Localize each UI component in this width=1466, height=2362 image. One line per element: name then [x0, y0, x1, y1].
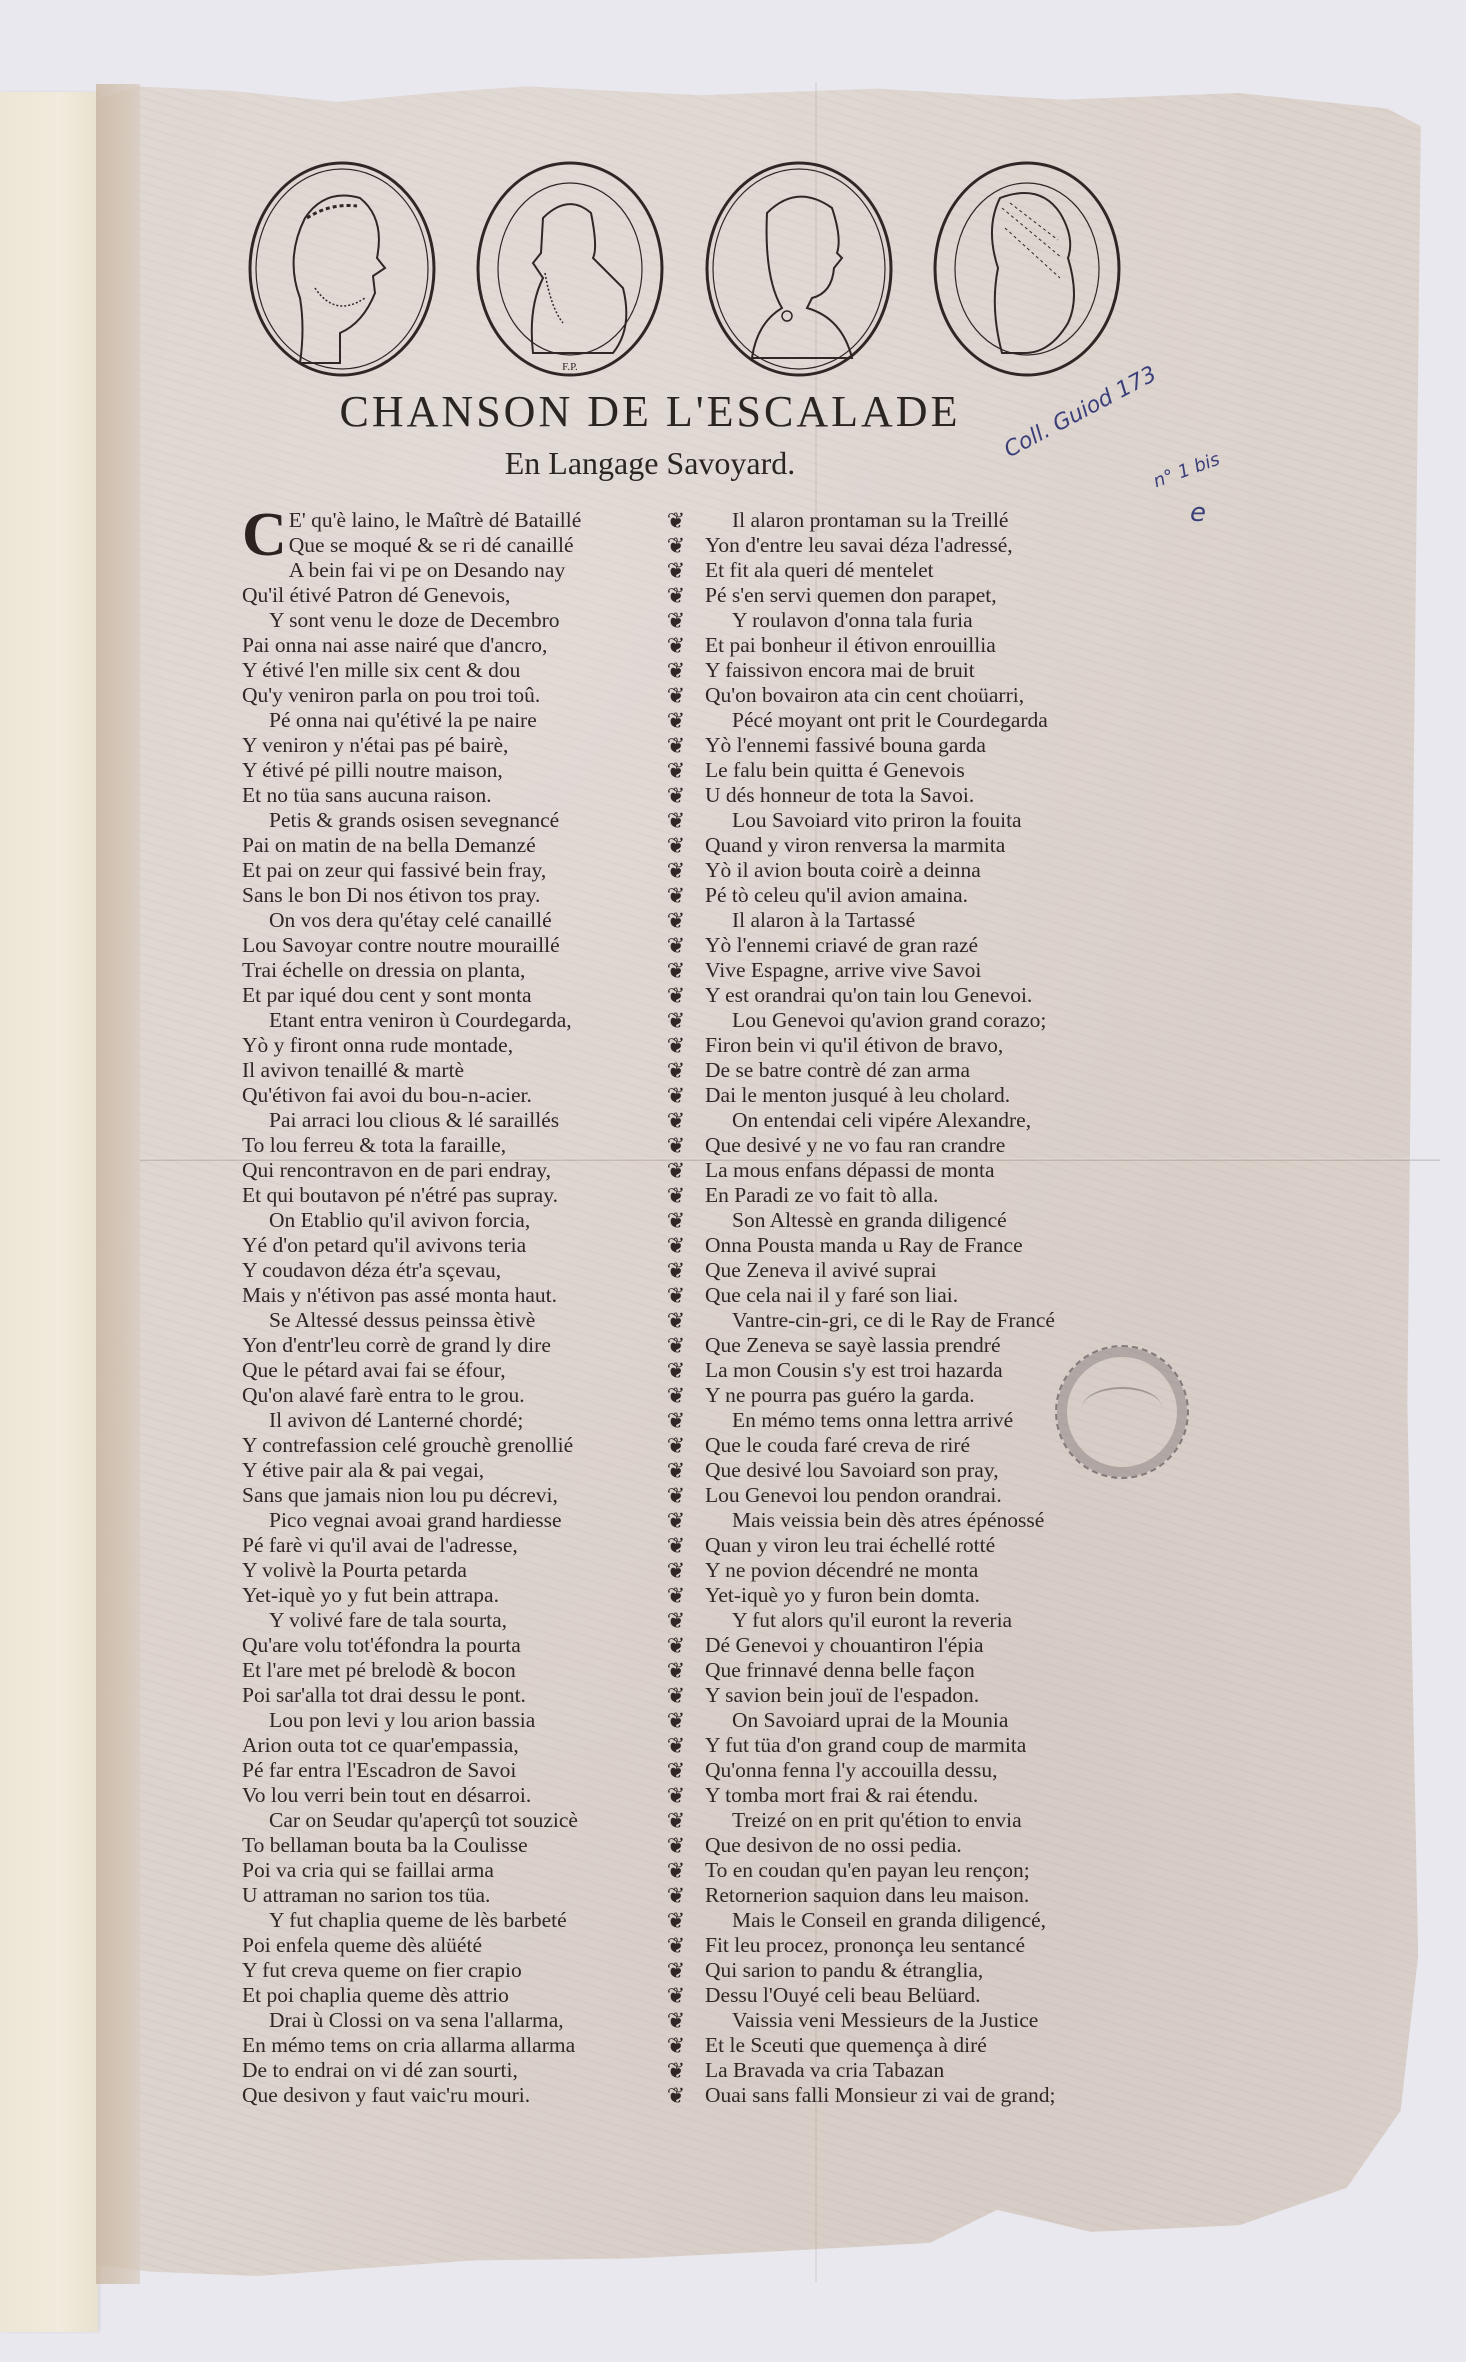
- verse-line: En Paradi ze vo fait tò alla.: [705, 1183, 1135, 1208]
- verse-line: Dessu l'Ouyé celi beau Belüard.: [705, 1983, 1135, 2008]
- verse-line: Pé far entra l'Escadron de Savoi: [242, 1758, 662, 1783]
- fleuron-icon: ❦: [667, 1760, 685, 1782]
- fleuron-icon: ❦: [667, 1785, 685, 1807]
- verse-line: Que desivé y ne vo fau ran crandre: [705, 1133, 1135, 1158]
- fleuron-icon: ❦: [667, 835, 685, 857]
- fleuron-icon: ❦: [667, 1860, 685, 1882]
- verse-line: Yon d'entr'leu corrè de grand ly dire: [242, 1333, 662, 1358]
- verse-line: Lou Savoiard vito priron la fouita: [705, 808, 1135, 833]
- verse-line: Et pai bonheur il étivon enrouillia: [705, 633, 1135, 658]
- ornament-divider: ❦❦❦❦❦❦❦❦❦❦❦❦❦❦❦❦❦❦❦❦❦❦❦❦❦❦❦❦❦❦❦❦❦❦❦❦❦❦❦❦…: [660, 510, 692, 2100]
- verse-line: Se Altessé dessus peinssa ètivè: [242, 1308, 662, 1333]
- fleuron-icon: ❦: [667, 1735, 685, 1757]
- verse-line: Etant entra veniron ù Courdegarda,: [242, 1008, 662, 1033]
- fleuron-icon: ❦: [667, 1260, 685, 1282]
- fleuron-icon: ❦: [667, 1560, 685, 1582]
- fleuron-icon: ❦: [667, 1585, 685, 1607]
- verse-line: Il avivon dé Lanterné chordé;: [242, 1408, 662, 1433]
- fleuron-icon: ❦: [667, 1510, 685, 1532]
- fleuron-icon: ❦: [667, 785, 685, 807]
- verse-line: Le falu bein quitta é Genevois: [705, 758, 1135, 783]
- verse-line: Treizé on en prit qu'étion to envia: [705, 1808, 1135, 1833]
- verse-line: Son Altessè en granda diligencé: [705, 1208, 1135, 1233]
- medallion-young-man-icon: [702, 158, 897, 380]
- fleuron-icon: ❦: [667, 635, 685, 657]
- verse-line: Petis & grands osisen sevegnancé: [242, 808, 662, 833]
- fleuron-icon: ❦: [667, 960, 685, 982]
- library-stamp-icon: [1055, 1345, 1189, 1479]
- verse-line: On entendai celi vipére Alexandre,: [705, 1108, 1135, 1133]
- medallion-laureate-head-icon: [245, 158, 440, 380]
- verse-line: La Bravada va cria Tabazan: [705, 2058, 1135, 2083]
- fleuron-icon: ❦: [667, 1460, 685, 1482]
- fleuron-icon: ❦: [667, 760, 685, 782]
- verse-line: Lou Genevoi lou pendon orandrai.: [705, 1483, 1135, 1508]
- verse-line: Y sont venu le doze de Decembro: [242, 608, 662, 633]
- verse-line: Yò l'ennemi criavé de gran razé: [705, 933, 1135, 958]
- verse-line: Et poi chaplia queme dès attrio: [242, 1983, 662, 2008]
- verse-line: Que frinnavé denna belle façon: [705, 1658, 1135, 1683]
- verse-line: Pécé moyant ont prit le Courdegarda: [705, 708, 1135, 733]
- verse-line: E' qu'è laino, le Maîtrè dé Bataillé: [242, 508, 662, 533]
- fleuron-icon: ❦: [667, 735, 685, 757]
- verse-line: Qu'onna fenna l'y accouilla dessu,: [705, 1758, 1135, 1783]
- verse-line: Ouai sans falli Monsieur zi vai de grand…: [705, 2083, 1135, 2108]
- verse-line: Pé farè vi qu'il avai de l'adresse,: [242, 1533, 662, 1558]
- verse-line: Yet-iquè yo y furon bein domta.: [705, 1583, 1135, 1608]
- verse-line: Il alaron prontaman su la Treillé: [705, 508, 1135, 533]
- verse-line: Yò y firont onna rude montade,: [242, 1033, 662, 1058]
- verse-line: Que desivon de no ossi pedia.: [705, 1833, 1135, 1858]
- fleuron-icon: ❦: [667, 1635, 685, 1657]
- fleuron-icon: ❦: [667, 1135, 685, 1157]
- fleuron-icon: ❦: [667, 1710, 685, 1732]
- verse-line: Qui rencontravon en de pari endray,: [242, 1158, 662, 1183]
- fleuron-icon: ❦: [667, 1010, 685, 1032]
- verse-line: Arion outa tot ce quar'empassia,: [242, 1733, 662, 1758]
- fleuron-icon: ❦: [667, 2060, 685, 2082]
- verse-line: On Etablio qu'il avivon forcia,: [242, 1208, 662, 1233]
- fleuron-icon: ❦: [667, 935, 685, 957]
- verse-line: Et fit ala queri dé mentelet: [705, 558, 1135, 583]
- fleuron-icon: ❦: [667, 1960, 685, 1982]
- verse-line: De to endrai on vi dé zan sourti,: [242, 2058, 662, 2083]
- fleuron-icon: ❦: [667, 1685, 685, 1707]
- verse-line: Qui sarion to pandu & étranglia,: [705, 1958, 1135, 1983]
- verse-line: Y faissivon encora mai de bruit: [705, 658, 1135, 683]
- verse-line: Sans le bon Di nos étivon tos pray.: [242, 883, 662, 908]
- verse-line: Pé tò celeu qu'il avion amaina.: [705, 883, 1135, 908]
- verse-line: Y ne povion décendré ne monta: [705, 1558, 1135, 1583]
- verse-line: On Savoiard uprai de la Mounia: [705, 1708, 1135, 1733]
- stamp-eagle-icon: [1082, 1387, 1162, 1429]
- verse-line: Et le Sceuti que quemença à diré: [705, 2033, 1135, 2058]
- verse-line: Y est orandrai qu'on tain lou Genevoi.: [705, 983, 1135, 1008]
- fleuron-icon: ❦: [667, 585, 685, 607]
- verse-line: Poi va cria qui se faillai arma: [242, 1858, 662, 1883]
- verse-line: Et no tüa sans aucuna raison.: [242, 783, 662, 808]
- verse-column-right: Il alaron prontaman su la TreilléYon d'e…: [705, 508, 1135, 2108]
- verse-line: Y contrefassion celé grouchè grenollié: [242, 1433, 662, 1458]
- verse-line: Onna Pousta manda u Ray de France: [705, 1233, 1135, 1258]
- verse-line: Que se moqué & se ri dé canaillé: [242, 533, 662, 558]
- verse-line: Dé Genevoi y chouantiron l'épia: [705, 1633, 1135, 1658]
- verse-line: Mais veissia bein dès atres épénossé: [705, 1508, 1135, 1533]
- verse-line: Car on Seudar qu'aperçû tot souzicè: [242, 1808, 662, 1833]
- fleuron-icon: ❦: [667, 1235, 685, 1257]
- verse-line: Que desivé lou Savoiard son pray,: [705, 1458, 1135, 1483]
- medallion-timoleon-icon: [930, 158, 1125, 380]
- fleuron-icon: ❦: [667, 560, 685, 582]
- fleuron-icon: ❦: [667, 1610, 685, 1632]
- fleuron-icon: ❦: [667, 2035, 685, 2057]
- fleuron-icon: ❦: [667, 610, 685, 632]
- verse-line: Il alaron à la Tartassé: [705, 908, 1135, 933]
- fleuron-icon: ❦: [667, 2010, 685, 2032]
- verse-line: Y fut chaplia queme de lès barbeté: [242, 1908, 662, 1933]
- verse-line: Et qui boutavon pé n'étré pas supray.: [242, 1183, 662, 1208]
- verse-line: Lou pon levi y lou arion bassia: [242, 1708, 662, 1733]
- verse-line: Poi enfela queme dès alüété: [242, 1933, 662, 1958]
- verse-line: Y coudavon déza étr'a sçevau,: [242, 1258, 662, 1283]
- verse-line: Mais le Conseil en granda diligencé,: [705, 1908, 1135, 1933]
- verse-line: Qu'on bovairon ata cin cent choüarri,: [705, 683, 1135, 708]
- verse-line: De se batre contrè dé zan arma: [705, 1058, 1135, 1083]
- fleuron-icon: ❦: [667, 1535, 685, 1557]
- verse-line: Y fut creva queme on fier crapio: [242, 1958, 662, 1983]
- fleuron-icon: ❦: [667, 535, 685, 557]
- verse-line: Y volivè la Pourta petarda: [242, 1558, 662, 1583]
- verse-line: U attraman no sarion tos tüa.: [242, 1883, 662, 1908]
- binding-strip: [0, 92, 98, 2332]
- fleuron-icon: ❦: [667, 1360, 685, 1382]
- fleuron-icon: ❦: [667, 860, 685, 882]
- fleuron-icon: ❦: [667, 1110, 685, 1132]
- verse-line: Yet-iquè yo y fut bein attrapa.: [242, 1583, 662, 1608]
- verse-line: Sans que jamais nion lou pu décrevi,: [242, 1483, 662, 1508]
- fleuron-icon: ❦: [667, 1035, 685, 1057]
- fleuron-icon: ❦: [667, 1185, 685, 1207]
- verse-line: Y savion bein jouï de l'espadon.: [705, 1683, 1135, 1708]
- verse-line: Drai ù Clossi on va sena l'allarma,: [242, 2008, 662, 2033]
- verse-line: Et l'are met pé brelodè & bocon: [242, 1658, 662, 1683]
- verse-line: To bellaman bouta ba la Coulisse: [242, 1833, 662, 1858]
- verse-line: To en coudan qu'en payan leu rençon;: [705, 1858, 1135, 1883]
- verse-line: Quand y viron renversa la marmita: [705, 833, 1135, 858]
- fleuron-icon: ❦: [667, 2085, 685, 2107]
- verse-line: Y fut tüa d'on grand coup de marmita: [705, 1733, 1135, 1758]
- verse-line: Y tomba mort frai & rai étendu.: [705, 1783, 1135, 1808]
- verse-line: La mous enfans dépassi de monta: [705, 1158, 1135, 1183]
- fleuron-icon: ❦: [667, 885, 685, 907]
- fleuron-icon: ❦: [667, 1085, 685, 1107]
- verse-line: Pé onna nai qu'étivé la pe naire: [242, 708, 662, 733]
- fleuron-icon: ❦: [667, 1835, 685, 1857]
- verse-line: Y veniron y n'étai pas pé bairè,: [242, 733, 662, 758]
- verse-line: Pico vegnai avoai grand hardiesse: [242, 1508, 662, 1533]
- verse-line: Et par iqué dou cent y sont monta: [242, 983, 662, 1008]
- verse-line: On vos dera qu'étay celé canaillé: [242, 908, 662, 933]
- verse-line: Yò il avion bouta coirè a deinna: [705, 858, 1135, 883]
- verse-line: Vaissia veni Messieurs de la Justice: [705, 2008, 1135, 2033]
- hinge-tab: [96, 84, 140, 2284]
- verse-line: A bein fai vi pe on Desando nay: [242, 558, 662, 583]
- verse-line: Lou Savoyar contre noutre mouraillé: [242, 933, 662, 958]
- verse-line: Fit leu procez, prononça leu sentancé: [705, 1933, 1135, 1958]
- verse-line: Firon bein vi qu'il étivon de bravo,: [705, 1033, 1135, 1058]
- verse-line: Vive Espagne, arrive vive Savoi: [705, 958, 1135, 983]
- document-title: CHANSON DE L'ESCALADE: [300, 386, 1000, 437]
- fleuron-icon: ❦: [667, 910, 685, 932]
- verse-line: Vantre-cin-gri, ce di le Ray de Francé: [705, 1308, 1135, 1333]
- verse-line: Dai le menton jusqué à leu cholard.: [705, 1083, 1135, 1108]
- fleuron-icon: ❦: [667, 1885, 685, 1907]
- fleuron-icon: ❦: [667, 710, 685, 732]
- fleuron-icon: ❦: [667, 1410, 685, 1432]
- fleuron-icon: ❦: [667, 1935, 685, 1957]
- verse-line: Que Zeneva il avivé suprai: [705, 1258, 1135, 1283]
- medallion-gregorius-icon: F.P.: [473, 158, 668, 380]
- fleuron-icon: ❦: [667, 1810, 685, 1832]
- fleuron-icon: ❦: [667, 1485, 685, 1507]
- verse-line: Que cela nai il y faré son liai.: [705, 1283, 1135, 1308]
- fleuron-icon: ❦: [667, 1160, 685, 1182]
- fleuron-icon: ❦: [667, 510, 685, 532]
- verse-line: Y volivé fare de tala sourta,: [242, 1608, 662, 1633]
- verse-line: Yé d'on petard qu'il avivons teria: [242, 1233, 662, 1258]
- svg-text:F.P.: F.P.: [563, 361, 579, 373]
- fleuron-icon: ❦: [667, 660, 685, 682]
- verse-line: Y roulavon d'onna tala furia: [705, 608, 1135, 633]
- verse-line: Que le pétard avai fai se éfour,: [242, 1358, 662, 1383]
- fleuron-icon: ❦: [667, 1910, 685, 1932]
- verse-line: Qu'on alavé farè entra to le grou.: [242, 1383, 662, 1408]
- fleuron-icon: ❦: [667, 810, 685, 832]
- fleuron-icon: ❦: [667, 1335, 685, 1357]
- verse-line: Qu'étivon fai avoi du bou-n-acier.: [242, 1083, 662, 1108]
- verse-line: Qu'il étivé Patron dé Genevois,: [242, 583, 662, 608]
- verse-line: Que desivon y faut vaic'ru mouri.: [242, 2083, 662, 2108]
- fleuron-icon: ❦: [667, 985, 685, 1007]
- verse-line: Que Zeneva se sayè lassia prendré: [705, 1333, 1135, 1358]
- verse-line: Yon d'entre leu savai déza l'adressé,: [705, 533, 1135, 558]
- verse-line: Qu'y veniron parla on pou troi toû.: [242, 683, 662, 708]
- verse-line: Poi sar'alla tot drai dessu le pont.: [242, 1683, 662, 1708]
- verse-line: Retornerion saquion dans leu maison.: [705, 1883, 1135, 1908]
- fleuron-icon: ❦: [667, 1435, 685, 1457]
- verse-line: En mémo tems on cria allarma allarma: [242, 2033, 662, 2058]
- medallion-row: F.P.: [245, 158, 1125, 383]
- verse-line: Quan y viron leu trai échellé rotté: [705, 1533, 1135, 1558]
- fleuron-icon: ❦: [667, 1385, 685, 1407]
- verse-line: Trai échelle on dressia on planta,: [242, 958, 662, 983]
- document-subtitle: En Langage Savoyard.: [300, 445, 1000, 482]
- verse-line: Et pai on zeur qui fassivé bein fray,: [242, 858, 662, 883]
- verse-line: Mais y n'étivon pas assé monta haut.: [242, 1283, 662, 1308]
- verse-line: Pai arraci lou clious & lé saraillés: [242, 1108, 662, 1133]
- fleuron-icon: ❦: [667, 1210, 685, 1232]
- verse-line: Lou Genevoi qu'avion grand corazo;: [705, 1008, 1135, 1033]
- handwritten-note-line3: e: [1190, 498, 1206, 528]
- verse-column-left: C E' qu'è laino, le Maîtrè dé BatailléQu…: [242, 508, 662, 2108]
- fleuron-icon: ❦: [667, 1285, 685, 1307]
- verse-line: Y étivé pé pilli noutre maison,: [242, 758, 662, 783]
- verse-line: Y étive pair ala & pai vegai,: [242, 1458, 662, 1483]
- fleuron-icon: ❦: [667, 1310, 685, 1332]
- verse-line: Pai on matin de na bella Demanzé: [242, 833, 662, 858]
- verse-line: Y étivé l'en mille six cent & dou: [242, 658, 662, 683]
- verse-line: Y fut alors qu'il euront la reveria: [705, 1608, 1135, 1633]
- verse-line: Il avivon tenaillé & martè: [242, 1058, 662, 1083]
- verse-line: U dés honneur de tota la Savoi.: [705, 783, 1135, 808]
- drop-cap: C: [242, 510, 287, 560]
- verse-line: Vo lou verri bein tout en désarroi.: [242, 1783, 662, 1808]
- handwritten-note-line2: n° 1 bis: [1150, 449, 1222, 492]
- fleuron-icon: ❦: [667, 1660, 685, 1682]
- fleuron-icon: ❦: [667, 1060, 685, 1082]
- verse-line: Pai onna nai asse nairé que d'ancro,: [242, 633, 662, 658]
- verse-line: Pé s'en servi quemen don parapet,: [705, 583, 1135, 608]
- verse-line: Qu'are volu tot'éfondra la pourta: [242, 1633, 662, 1658]
- fleuron-icon: ❦: [667, 1985, 685, 2007]
- fleuron-icon: ❦: [667, 685, 685, 707]
- verse-line: To lou ferreu & tota la faraille,: [242, 1133, 662, 1158]
- verse-line: Yò l'ennemi fassivé bouna garda: [705, 733, 1135, 758]
